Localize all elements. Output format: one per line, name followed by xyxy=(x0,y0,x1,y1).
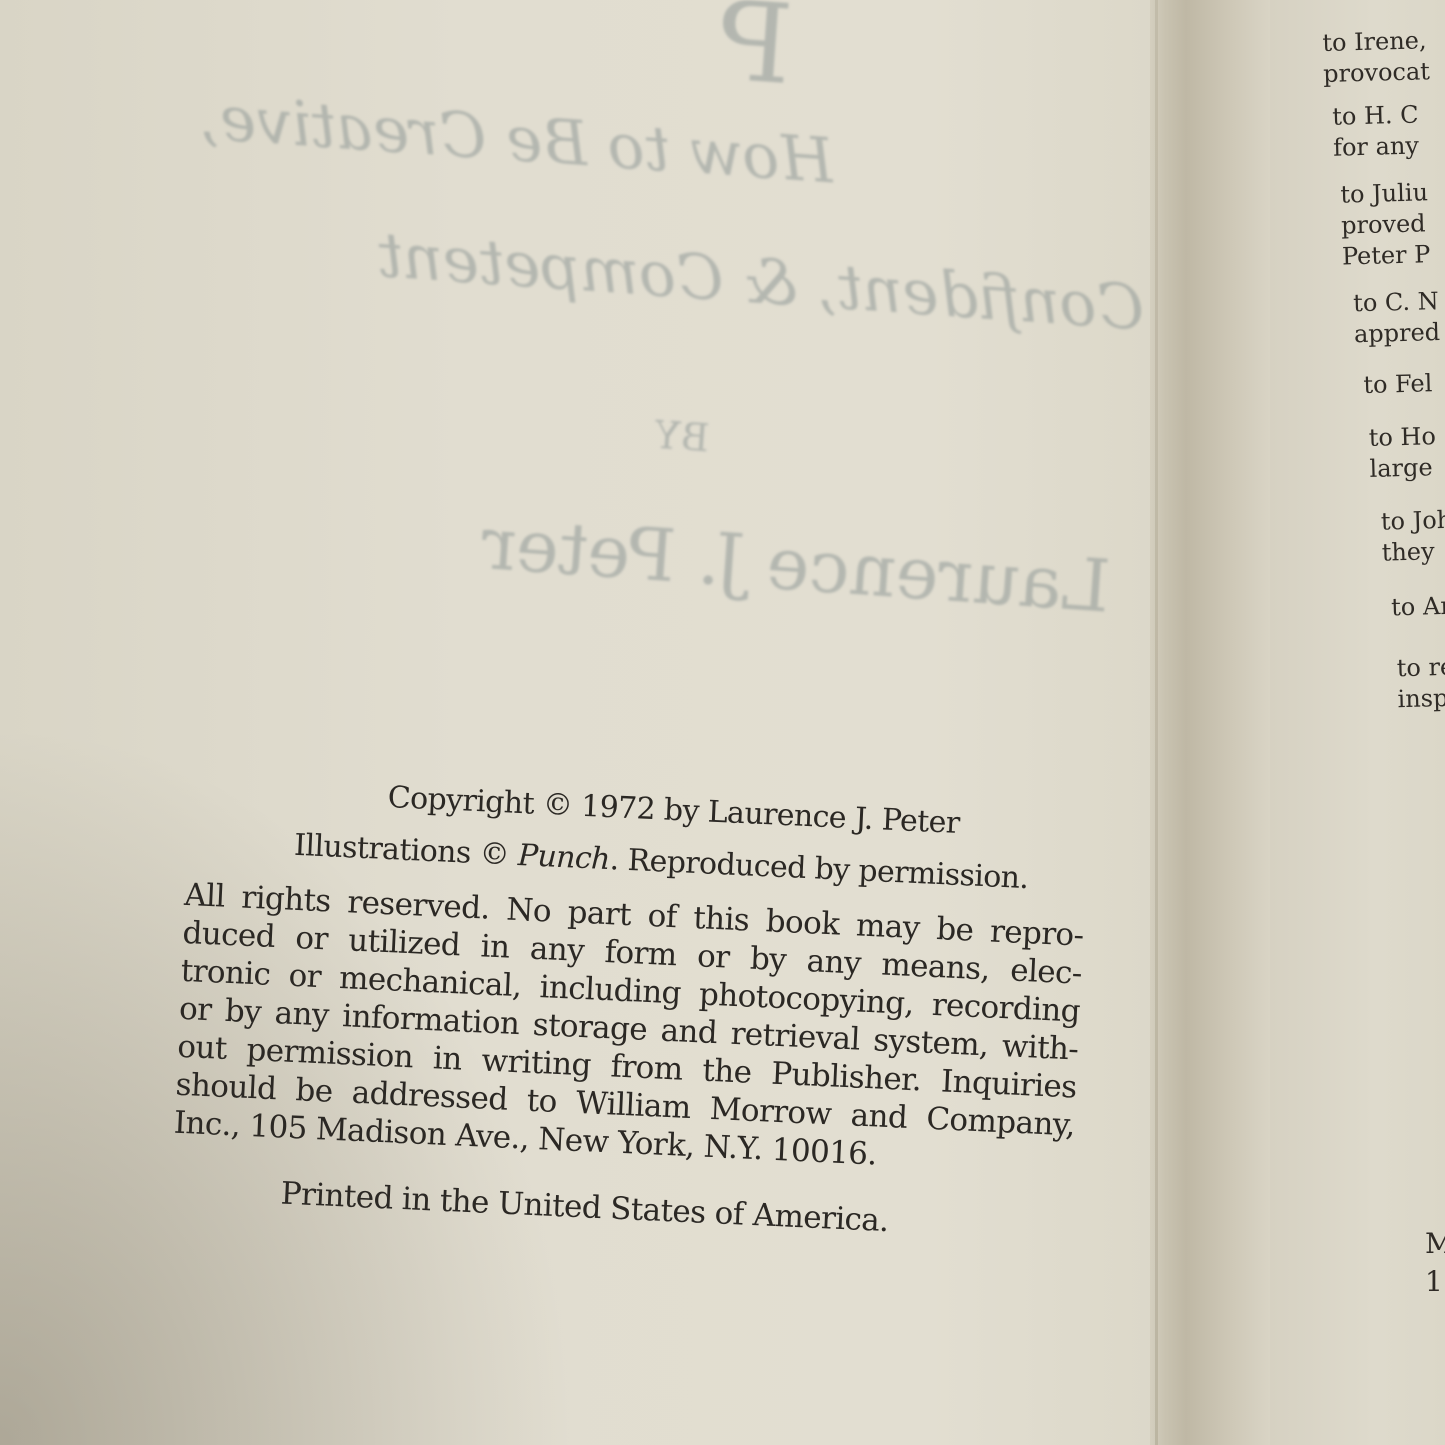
dedication-entry: to re insp xyxy=(1396,652,1445,716)
dedication-line: to Juliu xyxy=(1340,177,1444,211)
title-page-bleed-through: P How to Be Creative, Confident, & Compe… xyxy=(57,0,1263,742)
dedication-line: they xyxy=(1381,536,1445,569)
dedication-line: Peter P xyxy=(1342,239,1445,273)
book-gutter xyxy=(1150,0,1270,1445)
dedication-line: proved xyxy=(1341,208,1445,242)
bleed-line: P xyxy=(713,0,796,109)
footer-line: M xyxy=(1425,1225,1445,1263)
dedication-line: insp xyxy=(1397,683,1445,716)
footer-line: 1 xyxy=(1425,1263,1445,1301)
dedication-line: to Joh xyxy=(1381,505,1445,538)
dedication-line: appred xyxy=(1354,317,1445,350)
printed-in-line: Printed in the United States of America. xyxy=(170,1170,1101,1250)
page-edge xyxy=(1155,0,1158,1445)
dedication-entry: to Ho large xyxy=(1368,421,1445,485)
dedication-line: to Fel xyxy=(1363,368,1445,401)
bleed-line: BY xyxy=(651,413,710,461)
dedication-entry: to Irene, provocat xyxy=(1322,25,1441,90)
dedications-list: to Irene, provocat to H. C for any to Ju… xyxy=(1322,25,1445,717)
left-page: P How to Be Creative, Confident, & Compe… xyxy=(0,0,1160,1445)
dedication-line: to re xyxy=(1396,652,1445,685)
dedication-line: to Irene, xyxy=(1322,25,1440,59)
dedication-line: large xyxy=(1369,452,1445,485)
dedication-line: to C. N xyxy=(1353,286,1445,319)
dedication-entry: to H. C for any xyxy=(1332,99,1443,164)
dedication-entry: to Juliu proved Peter P xyxy=(1340,177,1445,273)
bleed-line: Confident, & Competent xyxy=(376,218,1147,344)
illustrations-prefix: Illustrations © xyxy=(293,828,518,873)
dedication-entry: to Joh they xyxy=(1381,505,1445,569)
illustrations-suffix: . Reproduced by permission. xyxy=(609,842,1029,896)
copyright-notice: Copyright © 1972 by Laurence J. Peter Il… xyxy=(170,770,1119,1250)
dedication-line: to Ar xyxy=(1391,591,1445,624)
dedication-entry: to C. N appred xyxy=(1353,286,1445,350)
dedication-entry: to Ar xyxy=(1391,591,1445,624)
dedication-line: for any xyxy=(1333,130,1443,164)
open-book-spread: P How to Be Creative, Confident, & Compe… xyxy=(0,0,1445,1445)
bleed-line: Laurence J. Peter xyxy=(479,501,1112,629)
rights-paragraph: All rights reserved. No part of this boo… xyxy=(173,876,1114,1184)
dedication-entry: to Fel xyxy=(1363,368,1445,401)
right-page-footer: M 1 xyxy=(1425,1225,1445,1301)
dedication-line: to Ho xyxy=(1368,421,1445,454)
dedication-line: provocat xyxy=(1323,56,1441,90)
illustrations-source: Punch xyxy=(517,838,610,877)
dedication-line: to H. C xyxy=(1332,99,1442,133)
